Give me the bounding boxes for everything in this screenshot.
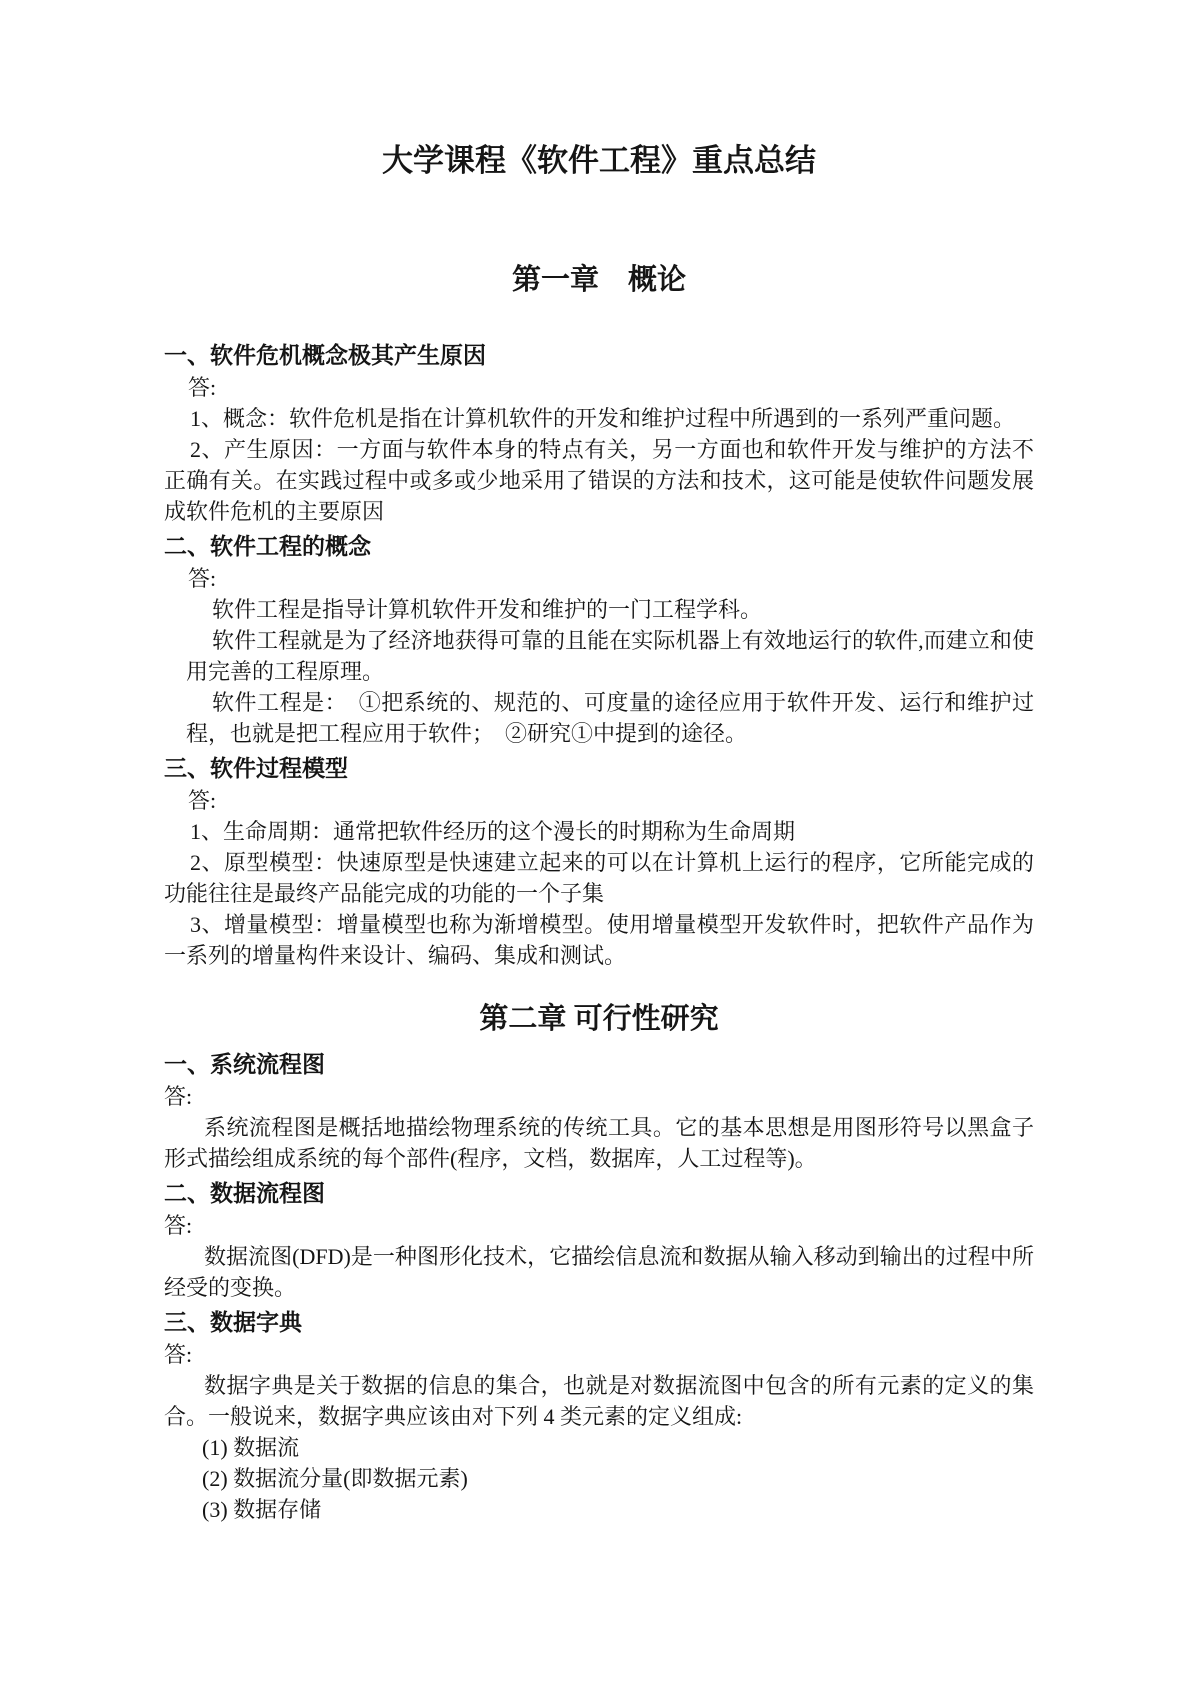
chapter-1-heading: 第一章 概论	[164, 262, 1034, 298]
answer-label: 答:	[164, 1339, 1034, 1370]
chapter-2-section-1: 一、系统流程图 答: 系统流程图是概括地描绘物理系统的传统工具。它的基本思想是用…	[164, 1049, 1034, 1174]
answer-paragraph: 数据字典是关于数据的信息的集合，也就是对数据流图中包含的所有元素的定义的集合。一…	[164, 1370, 1034, 1432]
definition-list-item: (3) 数据存储	[202, 1494, 1034, 1525]
answer-label: 答:	[188, 785, 1034, 816]
section-heading: 一、软件危机概念极其产生原因	[164, 340, 1034, 372]
section-heading: 二、数据流程图	[164, 1178, 1034, 1210]
section-heading: 三、数据字典	[164, 1307, 1034, 1339]
answer-paragraph: 1、概念：软件危机是指在计算机软件的开发和维护过程中所遇到的一系列严重问题。	[164, 403, 1034, 434]
answer-paragraph: 软件工程是指导计算机软件开发和维护的一门工程学科。	[186, 594, 1034, 625]
answer-paragraph: 系统流程图是概括地描绘物理系统的传统工具。它的基本思想是用图形符号以黑盒子形式描…	[164, 1112, 1034, 1174]
definition-list-item: (2) 数据流分量(即数据元素)	[202, 1463, 1034, 1494]
chapter-1-section-2: 二、软件工程的概念 答: 软件工程是指导计算机软件开发和维护的一门工程学科。 软…	[164, 531, 1034, 749]
section-heading: 三、软件过程模型	[164, 753, 1034, 785]
chapter-2-section-3: 三、数据字典 答: 数据字典是关于数据的信息的集合，也就是对数据流图中包含的所有…	[164, 1307, 1034, 1525]
chapter-1-section-3: 三、软件过程模型 答: 1、生命周期：通常把软件经历的这个漫长的时期称为生命周期…	[164, 753, 1034, 971]
answer-paragraph: 数据流图(DFD)是一种图形化技术，它描绘信息流和数据从输入移动到输出的过程中所…	[164, 1241, 1034, 1303]
answer-label: 答:	[164, 1081, 1034, 1112]
chapter-1-section-1: 一、软件危机概念极其产生原因 答: 1、概念：软件危机是指在计算机软件的开发和维…	[164, 340, 1034, 527]
chapter-1: 第一章 概论 一、软件危机概念极其产生原因 答: 1、概念：软件危机是指在计算机…	[164, 262, 1034, 971]
answer-paragraph: 软件工程是： ①把系统的、规范的、可度量的途径应用于软件开发、运行和维护过程，也…	[186, 687, 1034, 749]
document-title: 大学课程《软件工程》重点总结	[164, 143, 1034, 178]
chapter-2-section-2: 二、数据流程图 答: 数据流图(DFD)是一种图形化技术，它描绘信息流和数据从输…	[164, 1178, 1034, 1303]
definition-list: (1) 数据流 (2) 数据流分量(即数据元素) (3) 数据存储	[164, 1432, 1034, 1525]
section-heading: 一、系统流程图	[164, 1049, 1034, 1081]
answer-paragraph: 1、生命周期：通常把软件经历的这个漫长的时期称为生命周期	[164, 816, 1034, 847]
answer-paragraph: 软件工程就是为了经济地获得可靠的且能在实际机器上有效地运行的软件,而建立和使用完…	[186, 625, 1034, 687]
definition-list-item: (1) 数据流	[202, 1432, 1034, 1463]
answer-paragraph: 2、产生原因：一方面与软件本身的特点有关，另一方面也和软件开发与维护的方法不正确…	[164, 434, 1034, 527]
answer-label: 答:	[188, 372, 1034, 403]
answer-label: 答:	[164, 1210, 1034, 1241]
section-heading: 二、软件工程的概念	[164, 531, 1034, 563]
chapter-2-heading: 第二章 可行性研究	[164, 1001, 1034, 1037]
chapter-2: 第二章 可行性研究 一、系统流程图 答: 系统流程图是概括地描绘物理系统的传统工…	[164, 1001, 1034, 1525]
document-page: 大学课程《软件工程》重点总结 第一章 概论 一、软件危机概念极其产生原因 答: …	[0, 0, 1190, 1683]
answer-paragraph: 2、原型模型：快速原型是快速建立起来的可以在计算机上运行的程序，它所能完成的功能…	[164, 847, 1034, 909]
answer-label: 答:	[188, 563, 1034, 594]
answer-paragraph: 3、增量模型：增量模型也称为渐增模型。使用增量模型开发软件时，把软件产品作为一系…	[164, 909, 1034, 971]
